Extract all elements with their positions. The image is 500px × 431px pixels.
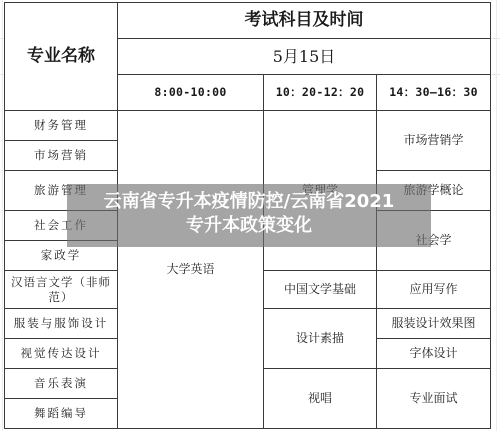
slot3-subject-cell: 专业面试 xyxy=(376,368,491,429)
subject-name: 字体设计 xyxy=(409,346,457,361)
subject-name: 视唱 xyxy=(308,391,332,406)
exam-title-header: 考试科目及时间 xyxy=(117,2,491,39)
time-slot-3-text: 14：30—16：30 xyxy=(389,85,478,99)
major-name: 家政学 xyxy=(41,248,82,262)
major-row-cell: 汉语言文学（非师范） xyxy=(4,270,118,309)
major-row-cell: 财务管理 xyxy=(4,110,118,141)
watermark-line-1: 云南省专升本疫情防控/云南省2021 xyxy=(67,190,431,214)
slot1-subject-cell: 大学英语 xyxy=(117,110,264,429)
major-column-header-text: 专业名称 xyxy=(27,46,95,67)
subject-name: 大学英语 xyxy=(166,262,214,277)
subject-name: 中国文学基础 xyxy=(284,282,356,297)
major-name: 服装与服饰设计 xyxy=(14,316,109,330)
major-row-cell: 服装与服饰设计 xyxy=(4,308,118,339)
slot2-subject-cell: 设计素描 xyxy=(263,308,377,369)
exam-date-text: 5月15日 xyxy=(273,47,336,67)
subject-name: 设计素描 xyxy=(296,331,344,346)
subject-name: 应用写作 xyxy=(409,282,457,297)
major-name: 财务管理 xyxy=(34,118,88,132)
time-slot-2-text: 10：20-12：20 xyxy=(276,85,365,99)
major-row-cell: 视觉传达设计 xyxy=(4,338,118,369)
time-slot-1-text: 8:00-10:00 xyxy=(154,85,226,99)
title-watermark-overlay: 云南省专升本疫情防控/云南省2021 专升本政策变化 xyxy=(67,184,431,247)
slot3-subject-cell: 服装设计效果图 xyxy=(376,308,491,339)
major-name: 市场营销 xyxy=(34,148,88,162)
slot2-subject-cell: 中国文学基础 xyxy=(263,270,377,309)
exam-date-header: 5月15日 xyxy=(117,38,491,75)
subject-name: 服装设计效果图 xyxy=(391,316,475,331)
time-slot-2-header: 10：20-12：20 xyxy=(263,74,377,111)
major-column-header: 专业名称 xyxy=(4,2,118,111)
slot3-subject-cell: 字体设计 xyxy=(376,338,491,369)
major-name: 舞蹈编导 xyxy=(34,406,88,420)
subject-name: 专业面试 xyxy=(409,391,457,406)
major-row-cell: 市场营销 xyxy=(4,140,118,171)
slot3-subject-cell: 市场营销学 xyxy=(376,110,491,171)
exam-title-text: 考试科目及时间 xyxy=(245,10,364,31)
major-row-cell: 音乐表演 xyxy=(4,368,118,399)
time-slot-3-header: 14：30—16：30 xyxy=(376,74,491,111)
subject-name: 市场营销学 xyxy=(403,133,463,148)
time-slot-1-header: 8:00-10:00 xyxy=(117,74,264,111)
major-name: 视觉传达设计 xyxy=(21,346,102,360)
slot2-subject-cell: 视唱 xyxy=(263,368,377,429)
major-row-cell: 舞蹈编导 xyxy=(4,398,118,429)
major-name: 汉语言文学（非师范） xyxy=(8,275,114,304)
major-name: 音乐表演 xyxy=(34,376,88,390)
watermark-line-2: 专升本政策变化 xyxy=(67,214,431,238)
slot3-subject-cell: 应用写作 xyxy=(376,270,491,309)
